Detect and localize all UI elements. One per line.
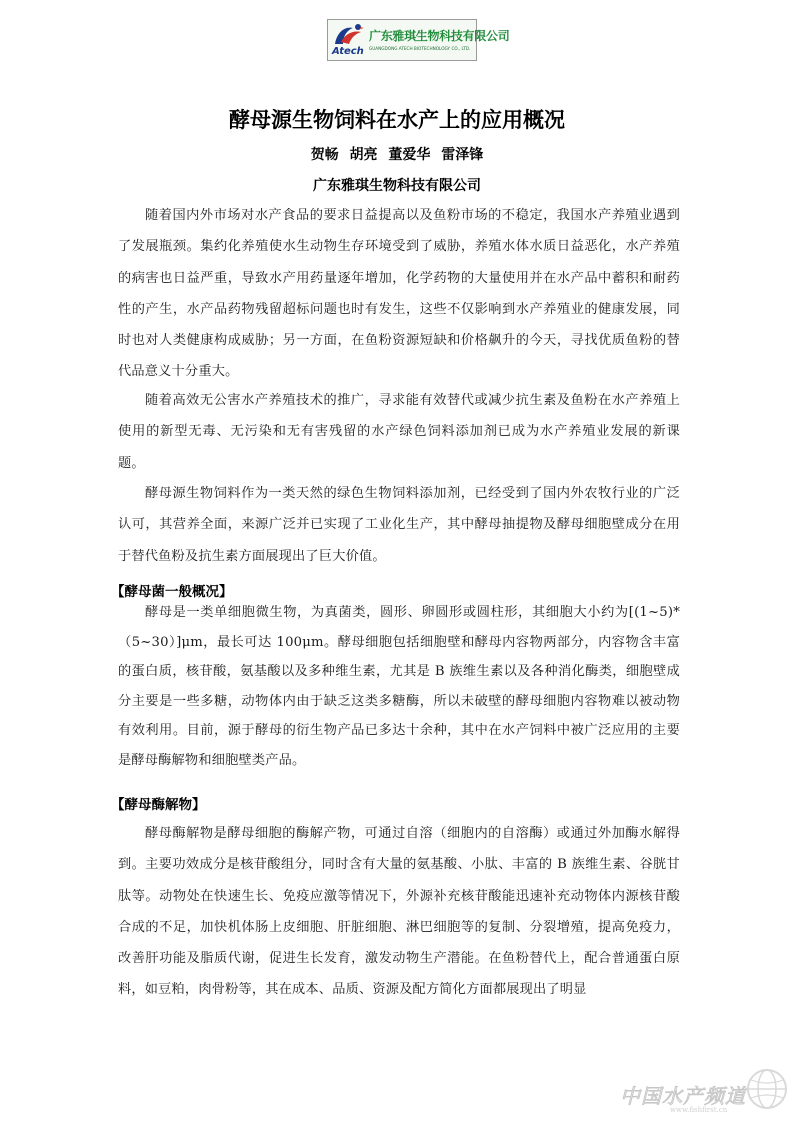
- watermark-url: www.fishfirst.cn: [670, 1106, 727, 1114]
- paragraph-yeast-overview: 酵母是一类单细胞微生物，为真菌类，圆形、卵圆形或圆柱形，其细胞大小约为[(1~5…: [118, 598, 680, 775]
- brand-name: Atech: [332, 46, 364, 57]
- company-name-en: GUANGDONG ATECH BIOTECHNOLOGY CO., LTD.: [369, 46, 470, 51]
- section-heading-yeast-overview: 【酵母菌一般概况】: [111, 580, 233, 600]
- globe-icon: [746, 1068, 788, 1110]
- affiliation: 广东雅琪生物科技有限公司: [0, 175, 794, 195]
- bird-logo-icon: [331, 22, 367, 48]
- watermark-text: 中国水产频道: [620, 1080, 746, 1109]
- authors: 贺畅 胡亮 董爱华 雷泽锋: [0, 144, 794, 164]
- company-name-cn: 广东雅琪生物科技有限公司: [369, 27, 509, 44]
- document-title: 酵母源生物饲料在水产上的应用概况: [0, 104, 794, 134]
- paragraph-intro-2: 随着高效无公害水产养殖技术的推广，寻求能有效替代或减少抗生素及鱼粉在水产养殖上使…: [118, 385, 680, 479]
- paragraph-intro-3: 酵母源生物饲料作为一类天然的绿色生物饲料添加剂，已经受到了国内外农牧行业的广泛认…: [118, 478, 680, 572]
- company-logo: Atech 广东雅琪生物科技有限公司 GUANGDONG ATECH BIOTE…: [327, 19, 477, 61]
- watermark: 中国水产频道 www.fishfirst.cn: [618, 1068, 788, 1118]
- paragraph-yeast-hydrolysate: 酵母酶解物是酵母细胞的酶解产物，可通过自溶（细胞内的自溶酶）或通过外加酶水解得到…: [118, 818, 680, 1006]
- paragraph-intro-1: 随着国内外市场对水产食品的要求日益提高以及鱼粉市场的不稳定，我国水产养殖业遇到了…: [118, 200, 680, 388]
- section-heading-yeast-hydrolysate: 【酵母酶解物】: [111, 793, 206, 813]
